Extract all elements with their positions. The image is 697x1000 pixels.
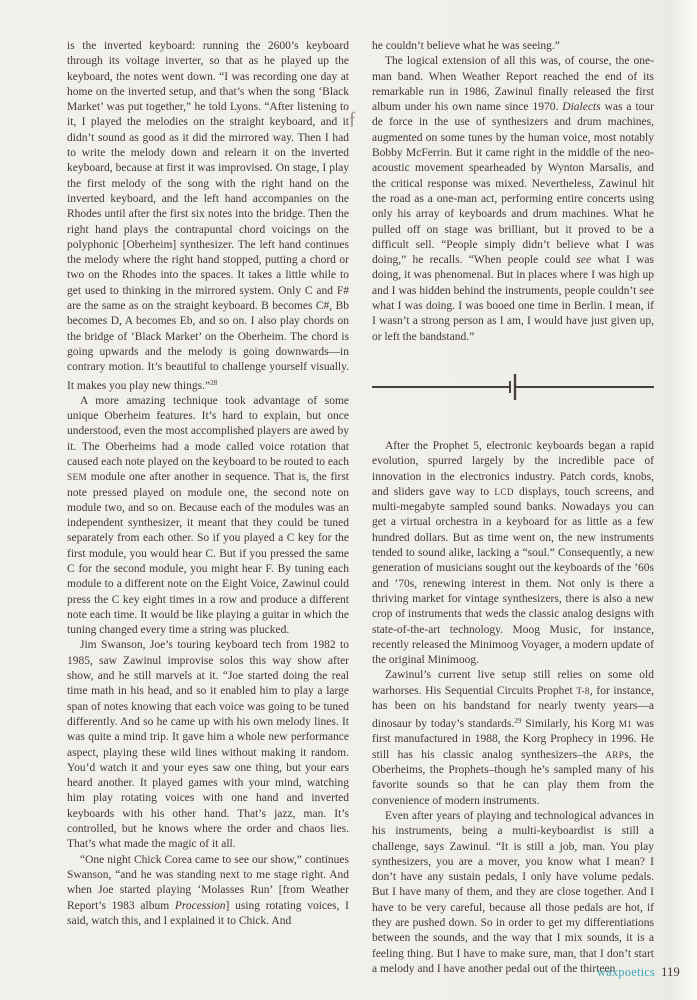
page-footer: waxpoetics119 [597,965,680,980]
paragraph: Even after years of playing and technolo… [372,809,654,977]
text-column-left: is the inverted keyboard: running the 26… [67,39,349,929]
text-block-bottom: After the Prophet 5, electronic keyboard… [372,439,654,977]
page-number: 119 [661,965,680,979]
text-block-top: he couldn’t believe what he was seeing.”… [372,39,654,345]
battery-symbol-icon [502,372,524,402]
magazine-name: waxpoetics [597,965,655,979]
paragraph: “One night Chick Corea came to see our s… [67,853,349,929]
text-column-right: he couldn’t believe what he was seeing.”… [372,39,654,977]
section-divider [372,372,654,402]
paragraph: Zawinul’s current live setup still relie… [372,668,654,809]
magazine-page: is the inverted keyboard: running the 26… [0,0,697,1000]
divider-rule-right [524,386,654,388]
paragraph: is the inverted keyboard: running the 26… [67,39,349,394]
paragraph: he couldn’t believe what he was seeing.” [372,39,654,54]
paragraph: Jim Swanson, Joe’s touring keyboard tech… [67,638,349,852]
paragraph: A more amazing technique took advantage … [67,394,349,639]
paragraph: The logical extension of all this was, o… [372,54,654,345]
paragraph: After the Prophet 5, electronic keyboard… [372,439,654,668]
divider-rule-left [372,386,502,388]
